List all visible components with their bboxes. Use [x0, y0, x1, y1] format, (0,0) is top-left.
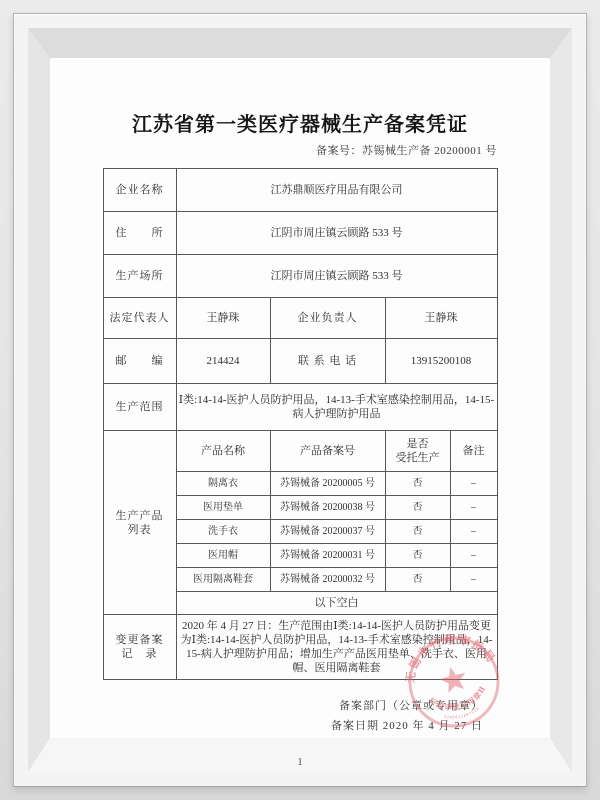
product-reg-no: 苏锡械备 20200032 号 [270, 568, 385, 592]
product-list-label-line1: 生产产品 [106, 509, 174, 523]
postal-code-value: 214424 [176, 339, 270, 384]
production-site-value: 江阴市周庄镇云顾路 533 号 [176, 255, 497, 298]
table-row: 生产范围 Ⅰ类:14-14-医护人员防护用品，14-13-手术室感染控制用品，1… [103, 384, 497, 431]
production-scope-value: Ⅰ类:14-14-医护人员防护用品，14-13-手术室感染控制用品，14-15-… [176, 384, 497, 431]
production-site-label: 生产场所 [103, 255, 176, 298]
company-name-label: 企业名称 [103, 169, 176, 212]
company-head-value: 王静珠 [385, 298, 497, 339]
product-header-row: 生产产品 列表 产品名称 产品备案号 是否 受托生产 备注 [103, 431, 497, 472]
picture-frame: 江苏省第一类医疗器械生产备案凭证 备案号：苏锡械生产备 20200001 号 企… [13, 13, 587, 787]
company-head-label: 企业负责人 [270, 298, 385, 339]
product-name: 医用隔离鞋套 [176, 568, 270, 592]
certificate-table: 企业名称 江苏鼎顺医疗用品有限公司 住 所 江阴市周庄镇云顾路 533 号 生产… [103, 168, 498, 680]
product-reg-no: 苏锡械备 20200037 号 [270, 520, 385, 544]
product-reg-no: 苏锡械备 20200005 号 [270, 472, 385, 496]
address-label: 住 所 [103, 212, 176, 255]
table-row: 生产场所 江阴市周庄镇云顾路 533 号 [103, 255, 497, 298]
filing-dept-line: 备案部门（公章或专用章） [103, 696, 497, 716]
postal-code-label: 邮 编 [103, 339, 176, 384]
product-entrusted: 否 [385, 496, 450, 520]
product-note: – [450, 520, 497, 544]
blank-below-note: 以下空白 [176, 592, 497, 615]
product-entrusted: 否 [385, 544, 450, 568]
table-row: 邮 编 214424 联 系 电 话 13915200108 [103, 339, 497, 384]
legal-rep-value: 王静珠 [176, 298, 270, 339]
framed-certificate-photo: 江苏省第一类医疗器械生产备案凭证 备案号：苏锡械生产备 20200001 号 企… [0, 0, 600, 800]
product-note: – [450, 568, 497, 592]
filing-footer: 备案部门（公章或专用章） 备案日期 2020 年 4 月 27 日 [103, 696, 497, 736]
table-row: 法定代表人 王静珠 企业负责人 王静珠 [103, 298, 497, 339]
product-note: – [450, 544, 497, 568]
filing-date-line: 备案日期 2020 年 4 月 27 日 [103, 716, 497, 736]
certificate-title: 江苏省第一类医疗器械生产备案凭证 [50, 112, 550, 138]
product-note: – [450, 496, 497, 520]
change-record-label: 变更备案 记 录 [103, 615, 176, 680]
product-entrusted: 否 [385, 520, 450, 544]
col-header-note: 备注 [450, 431, 497, 472]
product-name: 医用垫单 [176, 496, 270, 520]
certificate-document: 江苏省第一类医疗器械生产备案凭证 备案号：苏锡械生产备 20200001 号 企… [50, 58, 550, 738]
phone-label: 联 系 电 话 [270, 339, 385, 384]
record-number-line: 备案号：苏锡械生产备 20200001 号 [103, 144, 497, 159]
table-row: 企业名称 江苏鼎顺医疗用品有限公司 [103, 169, 497, 212]
company-name-value: 江苏鼎顺医疗用品有限公司 [176, 169, 497, 212]
product-note: – [450, 472, 497, 496]
phone-value: 13915200108 [385, 339, 497, 384]
col-header-reg-no: 产品备案号 [270, 431, 385, 472]
product-entrusted: 否 [385, 568, 450, 592]
product-name: 隔离衣 [176, 472, 270, 496]
product-list-label-line2: 列表 [106, 523, 174, 537]
change-record-value: 2020 年 4 月 27 日：生产范围由Ⅰ类:14-14-医护人员防护用品变更… [176, 615, 497, 680]
product-name: 洗手衣 [176, 520, 270, 544]
col-header-product-name: 产品名称 [176, 431, 270, 472]
table-row: 住 所 江阴市周庄镇云顾路 533 号 [103, 212, 497, 255]
production-scope-label: 生产范围 [103, 384, 176, 431]
frame-inner-bevel: 江苏省第一类医疗器械生产备案凭证 备案号：苏锡械生产备 20200001 号 企… [28, 28, 572, 772]
product-entrusted: 否 [385, 472, 450, 496]
page-number: 1 [50, 757, 550, 768]
product-list-label: 生产产品 列表 [103, 431, 176, 615]
product-name: 医用帽 [176, 544, 270, 568]
address-value: 江阴市周庄镇云顾路 533 号 [176, 212, 497, 255]
legal-rep-label: 法定代表人 [103, 298, 176, 339]
change-record-row: 变更备案 记 录 2020 年 4 月 27 日：生产范围由Ⅰ类:14-14-医… [103, 615, 497, 680]
col-header-entrusted: 是否 受托生产 [385, 431, 450, 472]
product-reg-no: 苏锡械备 20200038 号 [270, 496, 385, 520]
product-reg-no: 苏锡械备 20200031 号 [270, 544, 385, 568]
